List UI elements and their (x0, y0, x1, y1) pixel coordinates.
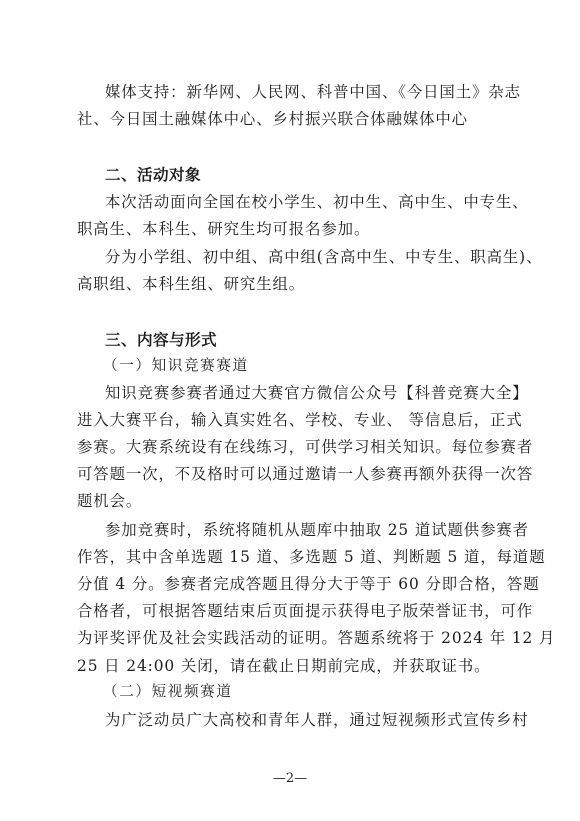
groups-line-2: 高职组、本科生组、研究生组。 (77, 274, 505, 294)
page-number: —2— (0, 771, 580, 786)
rules-line-6: 25 日 24:00 关闭，请在截止日期前完成，并获取证书。 (77, 656, 505, 676)
rules-line-4: 合格者，可根据答题结束后页面提示获得电子版荣誉证书，可作 (77, 601, 505, 621)
groups-line-1: 分为小学组、初中组、高中组(含高中生、中专生、职高生)、 (105, 247, 505, 267)
document-page: 媒体支持：新华网、人民网、科普中国、《今日国土》杂志 社、今日国土融媒体中心、乡… (0, 0, 580, 821)
rules-line-2: 作答，其中含单选题 15 道、多选题 5 道、判断题 5 道，每道题 (77, 547, 505, 567)
section-heading-content-format: 三、内容与形式 (105, 330, 505, 350)
rules-line-3: 分值 4 分。参赛者完成答题且得分大于等于 60 分即合格，答题 (77, 574, 505, 594)
subheading-short-video: （二）短视频赛道 (103, 682, 531, 702)
knowledge-line-4: 可答题一次，不及格时可以通过邀请一人参赛再额外获得一次答 (77, 464, 505, 484)
knowledge-line-2: 进入大赛平台，输入真实姓名、学校、专业、 等信息后，正式 (77, 410, 505, 430)
participants-line-1: 本次活动面向全国在校小学生、初中生、高中生、中专生、 (105, 192, 505, 212)
short-video-line-1: 为广泛动员广大高校和青年人群，通过短视频形式宣传乡村 (105, 710, 505, 730)
section-heading-participants: 二、活动对象 (105, 165, 505, 185)
participants-line-2: 职高生、本科生、研究生均可报名参加。 (77, 219, 505, 239)
knowledge-line-3: 参赛。大赛系统设有在线练习，可供学习相关知识。每位参赛者 (77, 437, 505, 457)
knowledge-line-5: 题机会。 (77, 491, 505, 511)
subheading-knowledge-contest: （一）知识竞赛赛道 (103, 356, 531, 376)
media-support-line-1: 媒体支持：新华网、人民网、科普中国、《今日国土》杂志 (105, 82, 505, 102)
knowledge-line-1: 知识竞赛参赛者通过大赛官方微信公众号【科普竞赛大全】 (105, 383, 505, 403)
rules-line-1: 参加竞赛时，系统将随机从题库中抽取 25 道试题供参赛者 (105, 520, 505, 540)
media-support-line-2: 社、今日国土融媒体中心、乡村振兴联合体融媒体中心 (77, 109, 505, 129)
rules-line-5: 为评奖评优及社会实践活动的证明。答题系统将于 2024 年 12 月 (77, 628, 505, 648)
